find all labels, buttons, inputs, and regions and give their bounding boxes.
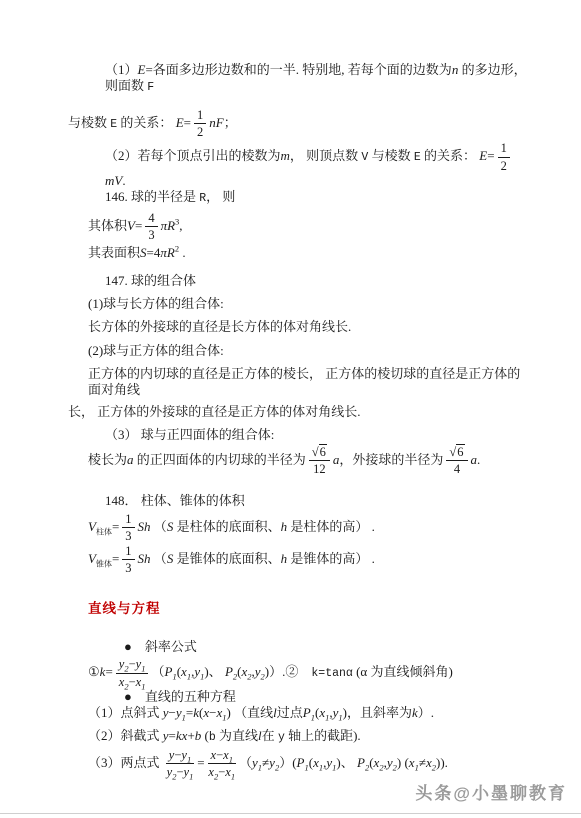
para-prism-volume-formula: V柱体=13Sh （S 是柱体的底面积、h 是柱体的高） . xyxy=(68,512,531,544)
para-combo-cuboid-rule: 长方体的外接球的直径是长方体的体对角线长. xyxy=(68,319,531,335)
bullet-slope-formula: ● 斜率公式 xyxy=(68,639,531,655)
para-combo-cube-title: (2)球与正方体的组合体: xyxy=(68,343,531,359)
para-sphere-volume-formula: 其体积V=43πR3, xyxy=(68,211,531,243)
para-combo-tetrahedron-title: （3） 球与正四面体的组合体: xyxy=(68,427,531,443)
watermark-toutiao-account: 头条@小墨聊教育 xyxy=(415,779,567,804)
para-two-point-form: （3）两点式 y−y1y2−y1=x−x1x2−x1（y1≠y2）(P1(x1,… xyxy=(68,748,531,780)
section-heading-lines-and-equations: 直线与方程 xyxy=(68,601,531,618)
para-combo-cuboid-title: (1)球与长方体的组合体: xyxy=(68,296,531,312)
para-sphere-surface-formula: 其表面积S=4πR2 . xyxy=(68,245,531,261)
para-point-slope-form: （1）点斜式 y−y1=k(x−x1) （直线l过点P1(x1,y1)，且斜率为… xyxy=(68,705,531,721)
para-tetrahedron-radii: 棱长为a 的正四面体的内切球的半径为√612a，外接球的半径为√64a. xyxy=(68,445,531,477)
para-combo-cube-rule-b: 长， 正方体的外接球的直径是正方体的体对角线长. xyxy=(68,404,531,420)
para-vertex-edge-rule-2: （2）若每个顶点引出的棱数为m， 则顶点数 V 与棱数 E 的关系： E=12m… xyxy=(68,141,531,189)
para-147-sphere-combos: 147. 球的组合体 xyxy=(68,273,531,289)
para-146-sphere-radius: 146. 球的半径是 R， 则 xyxy=(68,189,531,206)
para-combo-cube-rule-a: 正方体的内切球的直径是正方体的棱长， 正方体的棱切球的直径是正方体的面对角线 xyxy=(68,366,531,399)
page-bottom-divider xyxy=(0,813,581,814)
para-face-count-rule-1: （1）E=各面多边形边数和的一半. 特别地, 若每个面的边数为n 的多边形， 则… xyxy=(68,62,531,96)
document-page: （1）E=各面多边形边数和的一半. 特别地, 若每个面的边数为n 的多边形， 则… xyxy=(0,0,581,780)
para-148-volumes-title: 148． 柱体、锥体的体积 xyxy=(68,493,531,509)
para-cone-volume-formula: V锥体=13Sh （S 是锥体的底面积、h 是锥体的高） . xyxy=(68,544,531,576)
para-slope-formula: ①k=y2−y1x2−x1（P1(x1,y1)、 P2(x2,y2)）.② k=… xyxy=(68,657,531,689)
para-edge-relation-formula: 与棱数 E 的关系： E=12nF； xyxy=(68,108,531,140)
bullet-five-line-equations: ● 直线的五种方程 xyxy=(68,689,531,705)
para-slope-intercept-form: （2）斜截式 y=kx+b (b 为直线l在 y 轴上的截距). xyxy=(68,728,531,745)
